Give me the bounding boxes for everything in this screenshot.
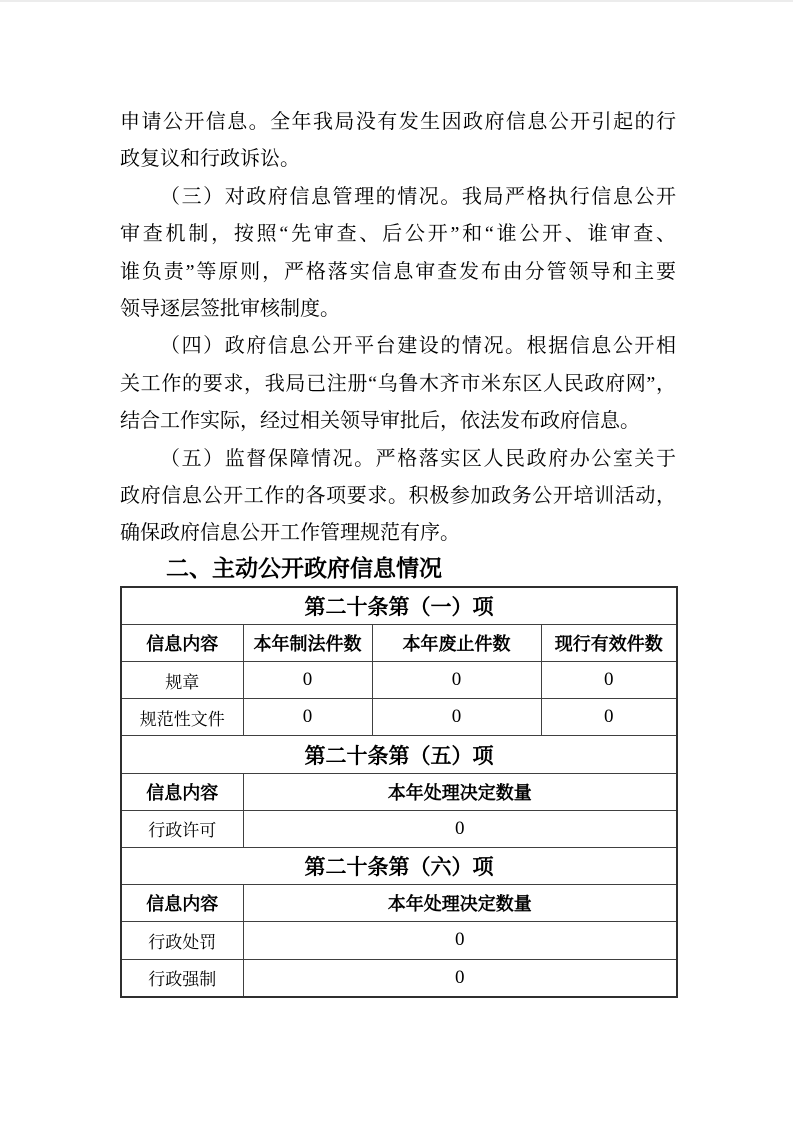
row-label: 规范性文件	[121, 699, 243, 736]
text-line: 谁负责”等原则，严格落实信息审查发布由分管领导和主要	[120, 254, 676, 291]
column-header: 现行有效件数	[541, 624, 677, 661]
text-line: 政复议和行政诉讼。	[120, 141, 676, 178]
table-section-title: 第二十条第（六）项	[121, 848, 677, 885]
body-text: 申请公开信息。全年我局没有发生因政府信息公开引起的行 政复议和行政诉讼。 （三）…	[120, 2, 676, 553]
paragraph-item-4: （四）政府信息公开平台建设的情况。根据信息公开相 关工作的要求，我局已注册“乌鲁…	[120, 328, 676, 440]
table-section-title: 第二十条第（一）项	[121, 587, 677, 625]
table-row: 规章 0 0 0	[121, 662, 677, 699]
cell-value: 0	[243, 810, 677, 847]
column-header: 本年制法件数	[243, 624, 372, 661]
cell-value: 0	[541, 699, 677, 736]
section-heading: 二、主动公开政府信息情况	[120, 553, 676, 584]
paragraph-item-5: （五）监督保障情况。严格落实区人民政府办公室关于 政府信息公开工作的各项要求。积…	[120, 441, 676, 553]
cell-value: 0	[243, 662, 372, 699]
text-line: 申请公开信息。全年我局没有发生因政府信息公开引起的行	[120, 104, 676, 141]
column-header: 信息内容	[121, 624, 243, 661]
table-header-row: 信息内容 本年处理决定数量	[121, 773, 677, 810]
table-section-title-row: 第二十条第（五）项	[121, 736, 677, 773]
cell-value: 0	[243, 922, 677, 959]
document-page: 申请公开信息。全年我局没有发生因政府信息公开引起的行 政复议和行政诉讼。 （三）…	[0, 0, 793, 1122]
text-line: 审查机制，按照“先审查、后公开”和“谁公开、谁审查、	[120, 216, 676, 253]
table-row: 行政强制 0	[121, 959, 677, 997]
text-line: 领导逐层签批审核制度。	[120, 291, 676, 328]
text-line: 确保政府信息公开工作管理规范有序。	[120, 515, 676, 552]
table-row: 行政许可 0	[121, 810, 677, 847]
table-header-row: 信息内容 本年制法件数 本年废止件数 现行有效件数	[121, 624, 677, 661]
table-section-title: 第二十条第（五）项	[121, 736, 677, 773]
row-label: 行政处罚	[121, 922, 243, 959]
cell-value: 0	[372, 699, 541, 736]
column-header: 本年废止件数	[372, 624, 541, 661]
cell-value: 0	[243, 699, 372, 736]
text-line: （四）政府信息公开平台建设的情况。根据信息公开相	[120, 328, 676, 365]
document-content: 申请公开信息。全年我局没有发生因政府信息公开引起的行 政复议和行政诉讼。 （三）…	[120, 2, 676, 998]
column-header: 本年处理决定数量	[243, 885, 677, 922]
text-line: 结合工作实际，经过相关领导审批后，依法发布政府信息。	[120, 403, 676, 440]
table-row: 行政处罚 0	[121, 922, 677, 959]
row-label: 行政许可	[121, 810, 243, 847]
column-header: 信息内容	[121, 885, 243, 922]
table-section-title-row: 第二十条第（一）项	[121, 587, 677, 625]
text-line: （五）监督保障情况。严格落实区人民政府办公室关于	[120, 441, 676, 478]
paragraph-continuation: 申请公开信息。全年我局没有发生因政府信息公开引起的行 政复议和行政诉讼。	[120, 104, 676, 179]
table-row: 规范性文件 0 0 0	[121, 699, 677, 736]
cell-value: 0	[541, 662, 677, 699]
row-label: 行政强制	[121, 959, 243, 997]
text-line: 关工作的要求，我局已注册“乌鲁木齐市米东区人民政府网”，	[120, 366, 676, 403]
cell-value: 0	[243, 959, 677, 997]
text-line: （三）对政府信息管理的情况。我局严格执行信息公开	[120, 179, 676, 216]
column-header: 信息内容	[121, 773, 243, 810]
disclosure-statistics-table: 第二十条第（一）项 信息内容 本年制法件数 本年废止件数 现行有效件数 规章 0…	[120, 586, 678, 998]
column-header: 本年处理决定数量	[243, 773, 677, 810]
table-section-title-row: 第二十条第（六）项	[121, 848, 677, 885]
row-label: 规章	[121, 662, 243, 699]
table-header-row: 信息内容 本年处理决定数量	[121, 885, 677, 922]
paragraph-item-3: （三）对政府信息管理的情况。我局严格执行信息公开 审查机制，按照“先审查、后公开…	[120, 179, 676, 329]
cell-value: 0	[372, 662, 541, 699]
text-line: 政府信息公开工作的各项要求。积极参加政务公开培训活动，	[120, 478, 676, 515]
